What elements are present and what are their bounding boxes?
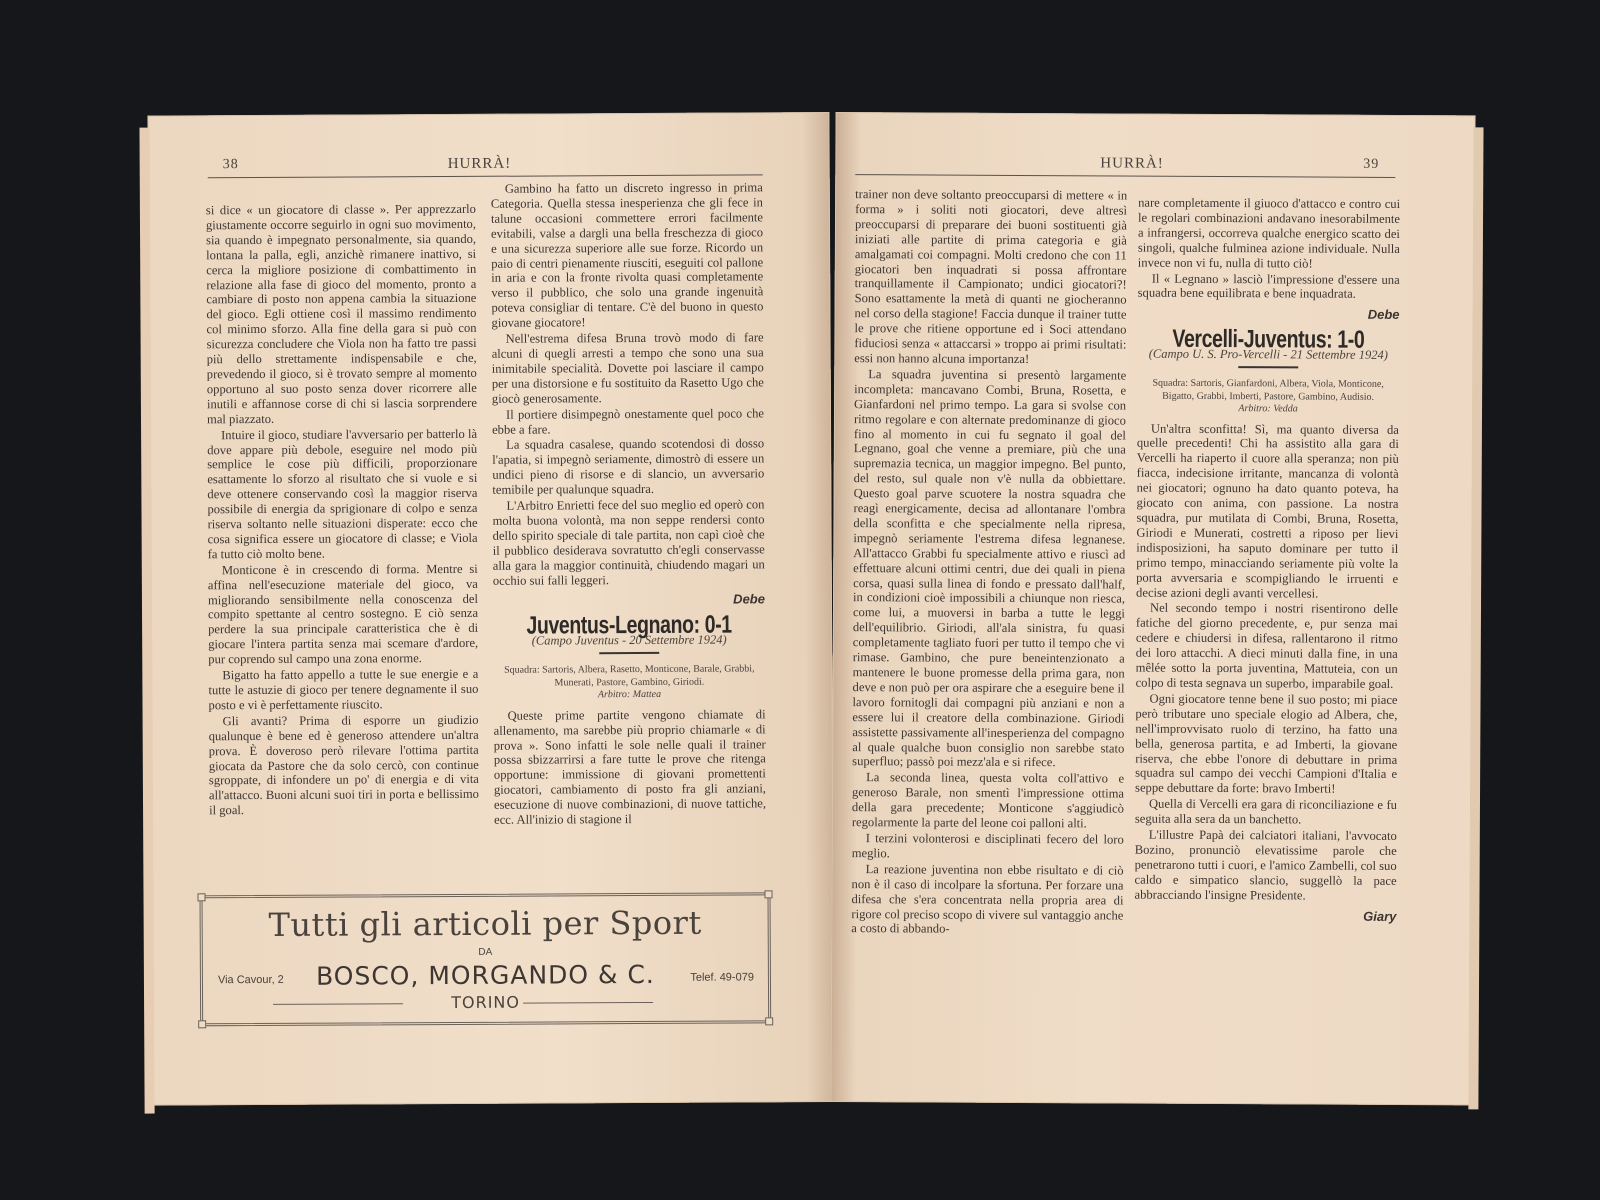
paragraph: Il « Legnano » lasciò l'impressione d'es… — [1138, 271, 1400, 302]
right-page-column-2: nare completamente il giuoco d'attacco e… — [1134, 196, 1400, 935]
paragraph: Intuire il gioco, studiare l'avversario … — [207, 426, 478, 562]
paragraph: Monticone è in crescendo di forma. Mentr… — [208, 562, 479, 668]
ad-corner — [198, 1020, 206, 1028]
running-head: HURRÀ! — [448, 156, 512, 178]
paragraph: I terzini volonterosi e disciplinati fec… — [852, 831, 1124, 862]
paragraph: Bigatto ha fatto appello a tutte le sue … — [208, 667, 478, 713]
paragraph: L'Arbitro Enrietti fece del suo meglio e… — [492, 497, 764, 588]
ad-headline: Tutti gli articoli per Sport — [203, 903, 768, 944]
paragraph: Nell'estrema difesa Bruna trovò modo di … — [492, 330, 764, 406]
match-title: Juventus-Legnano: 0-1 — [523, 618, 735, 634]
page-edge — [139, 128, 154, 1114]
paragraph: Ogni giocatore tenne bene il suo posto; … — [1135, 691, 1398, 797]
page-number: 38 — [223, 157, 239, 179]
ad-city: TORINO — [203, 991, 768, 1013]
paragraph: Il portiere disimpegnò onestamente quel … — [492, 406, 764, 437]
lineup-players: Squadra: Sartoris, Gianfardoni, Albera, … — [1137, 378, 1399, 404]
paragraph: La squadra casalese, quando scotendosi d… — [492, 437, 764, 498]
title-rule — [1238, 366, 1298, 368]
paragraph: si dice « un giocatore di classe ». Per … — [206, 202, 477, 427]
page-38: 38 HURRÀ! si dice « un giocatore di clas… — [147, 112, 834, 1106]
team-lineup: Squadra: Sartoris, Albera, Rasetto, Mont… — [493, 664, 765, 703]
page-edge — [1468, 127, 1483, 1109]
ad-firm-name: BOSCO, MORGANDO & C. — [203, 959, 768, 991]
left-page-column-2: Gambino ha fatto un discreto ingresso in… — [491, 180, 766, 828]
match-title: Vercelli-Juventus: 1-0 — [1166, 332, 1370, 348]
paragraph: Quella di Vercelli era gara di riconcili… — [1135, 797, 1397, 828]
advertisement-box: Tutti gli articoli per Sport DA Via Cavo… — [200, 892, 772, 1026]
paragraph: L'illustre Papà dei calciatori italiani,… — [1134, 828, 1396, 904]
left-page-column-1: si dice « un giocatore di classe ». Per … — [206, 202, 479, 820]
author-signature: Debe — [1137, 307, 1399, 323]
ad-corner — [197, 893, 205, 901]
paragraph: trainer non deve soltanto preoccuparsi d… — [854, 187, 1127, 367]
paragraph: La seconda linea, questa volta coll'atti… — [852, 770, 1124, 831]
paragraph: Gambino ha fatto un discreto ingresso in… — [491, 180, 764, 330]
team-lineup: Squadra: Sartoris, Gianfardoni, Albera, … — [1137, 378, 1399, 417]
ad-corner — [764, 890, 772, 898]
referee: Arbitro: Vedda — [1137, 403, 1399, 417]
paragraph: Queste prime partite vengono chiamate di… — [494, 707, 767, 828]
paragraph: Nel secondo tempo i nostri risentirono d… — [1136, 601, 1398, 692]
magazine-spread: 38 HURRÀ! si dice « un giocatore di clas… — [150, 112, 1480, 1107]
page-number: 39 — [1363, 157, 1379, 179]
author-signature: Debe — [493, 593, 765, 609]
ad-corner — [765, 1017, 773, 1025]
paragraph: Gli avanti? Prima di esporre un giudizio… — [209, 713, 480, 819]
running-head: HURRÀ! — [1100, 155, 1164, 177]
lineup-players: Squadra: Sartoris, Albera, Rasetto, Mont… — [493, 664, 765, 690]
paragraph: La squadra juventina si presentò largame… — [852, 367, 1126, 771]
ad-da: DA — [203, 945, 768, 959]
referee: Arbitro: Mattea — [493, 689, 765, 703]
right-page-column-1: trainer non deve soltanto preoccuparsi d… — [851, 187, 1127, 939]
author-signature: Giary — [1134, 908, 1396, 924]
paragraph: La reazione juventina non ebbe risultato… — [851, 862, 1123, 938]
ad-phone: Telef. 49-079 — [690, 971, 754, 983]
paragraph: Un'altra sconfitta! Sì, ma quanto divers… — [1136, 421, 1399, 601]
paragraph: nare completamente il giuoco d'attacco e… — [1138, 196, 1400, 272]
page-39: HURRÀ! 39 trainer non deve soltanto preo… — [830, 112, 1475, 1105]
title-rule — [599, 652, 659, 654]
